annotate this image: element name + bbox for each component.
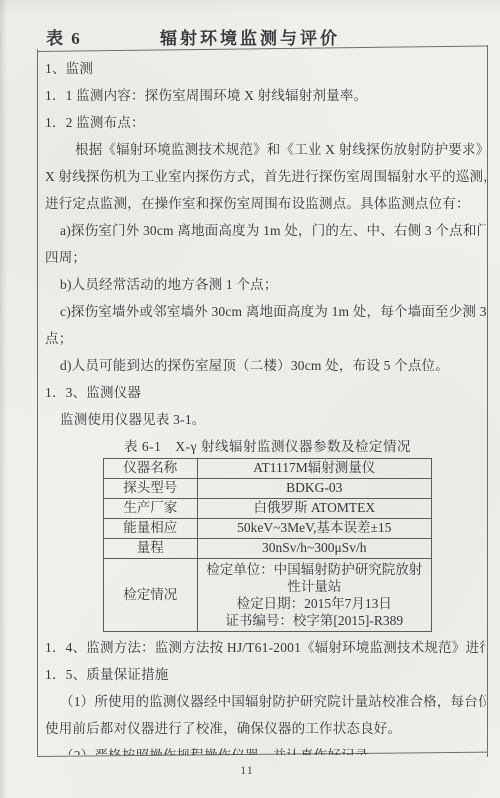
text-line: 1．3、监测仪器 — [45, 379, 482, 406]
text-line: 使用前后都对仪器进行了校准，确保仪器的工作状态良好。 — [45, 715, 482, 742]
table-row: 能量相应 50keV~3MeV,基本误差±15 — [104, 519, 432, 539]
text-line: 1．2 监测布点： — [45, 109, 482, 136]
instrument-table: 仪器名称 AT1117M辐射测量仪 探头型号 BDKG-03 生产厂家 白俄罗斯… — [103, 458, 432, 632]
page-number: 11 — [0, 763, 494, 778]
content-box: 1、监测 1．1 监测内容：探伤室周围环境 X 射线辐射剂量率。 1．2 监测布… — [38, 53, 486, 755]
text-line: d)人员可能到达的探伤室屋顶（二楼）30cm 处，布设 5 个点位。 — [45, 352, 482, 379]
box-border-right — [487, 45, 488, 757]
text-line: 1、监测 — [45, 55, 482, 82]
row-label: 能量相应 — [104, 519, 198, 539]
row-label: 仪器名称 — [104, 459, 198, 479]
text-line: 1．1 监测内容：探伤室周围环境 X 射线辐射剂量率。 — [45, 82, 482, 109]
table-row: 量程 30nSv/h~300μSv/h — [104, 539, 432, 559]
text-line: 1．4、监测方法：监测方法按 HJ/T61-2001《辐射环境监测技术规范》进行… — [45, 634, 482, 661]
verification-cert-no: 证书编号：校字第[2015]-R389 — [204, 612, 425, 629]
row-value: 50keV~3MeV,基本误差±15 — [197, 519, 431, 539]
text-line: c)探伤室墙外或邻室墙外 30cm 离地面高度为 1m 处，每个墙面至少测 3 … — [45, 298, 482, 325]
text-line: b)人员经常活动的地方各测 1 个点； — [45, 271, 482, 298]
table-row: 生产厂家 白俄罗斯 ATOMTEX — [104, 499, 432, 519]
row-value: AT1117M辐射测量仪 — [197, 459, 431, 479]
row-label: 检定情况 — [104, 559, 198, 632]
table-row: 仪器名称 AT1117M辐射测量仪 — [104, 459, 432, 479]
text-line: 监测使用仪器见表 3-1。 — [45, 406, 482, 433]
table-row: 检定情况 检定单位：中国辐射防护研究院放射性计量站 检定日期：2015年7月13… — [104, 559, 432, 632]
verification-date: 检定日期：2015年7月13日 — [204, 595, 425, 612]
text-line: 点； — [45, 325, 482, 352]
text-line: X 射线探伤机为工业室内探伤方式，首先进行探伤室周围辐射水平的巡测，之后 — [45, 163, 482, 190]
text-line: 进行定点监测，在操作室和探伤室周围布设监测点。具体监测点位有： — [45, 190, 482, 217]
row-value: 30nSv/h~300μSv/h — [197, 539, 431, 559]
scanned-document-page: 表 6 辐射环境监测与评价 1、监测 1．1 监测内容：探伤室周围环境 X 射线… — [0, 0, 500, 798]
row-label: 量程 — [104, 539, 198, 559]
text-line: （2）严格按照操作规程操作仪器，并认真作好记录。 — [45, 742, 482, 755]
row-label: 探头型号 — [104, 479, 198, 499]
text-line: 根据《辐射环境监测技术规范》和《工业 X 射线探伤放射防护要求》要求， — [45, 136, 482, 163]
row-value: 检定单位：中国辐射防护研究院放射性计量站 检定日期：2015年7月13日 证书编… — [197, 559, 431, 632]
instrument-table-section: 表 6-1 X-γ 射线辐射监测仪器参数及检定情况 仪器名称 AT1117M辐射… — [103, 436, 432, 632]
row-value: BDKG-03 — [197, 479, 431, 499]
text-line: 1．5、质量保证措施 — [45, 661, 482, 688]
verification-unit: 检定单位：中国辐射防护研究院放射性计量站 — [204, 561, 425, 595]
row-label: 生产厂家 — [104, 499, 198, 519]
text-line: a)探伤室门外 30cm 离地面高度为 1m 处，门的左、中、右侧 3 个点和门… — [45, 217, 482, 244]
text-line: 四周； — [45, 244, 482, 271]
row-value: 白俄罗斯 ATOMTEX — [197, 499, 431, 519]
table-row: 探头型号 BDKG-03 — [104, 479, 432, 499]
instrument-table-title: 表 6-1 X-γ 射线辐射监测仪器参数及检定情况 — [103, 436, 432, 458]
text-line: （1）所使用的监测仪器经中国辐射防护研究院计量站校准合格，每台仪器 — [45, 688, 482, 715]
